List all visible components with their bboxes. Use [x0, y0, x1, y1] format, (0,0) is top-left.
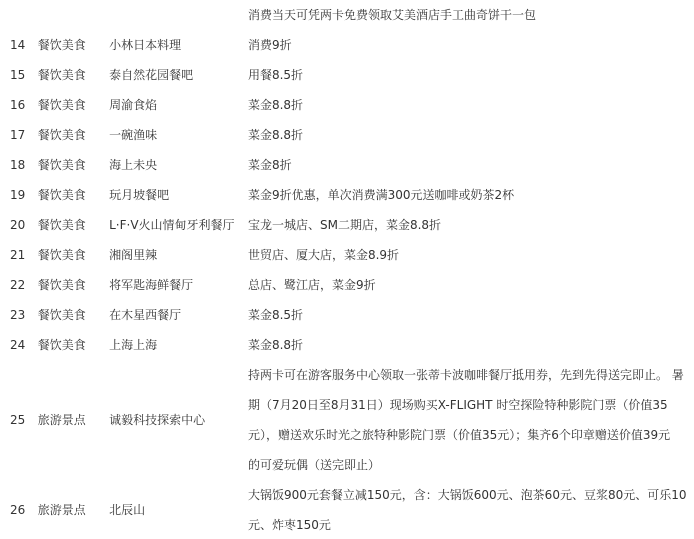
benefit-line: 大锅饭900元套餐立减150元，含：大锅饭600元、泡茶60元、豆浆80元、可乐…: [248, 480, 694, 510]
row-number: 16: [0, 90, 38, 120]
row-benefit: 菜金9折优惠，单次消费满300元送咖啡或奶茶2杯: [238, 180, 694, 210]
row-benefit: 消费当天可凭两卡免费领取艾美酒店手工曲奇饼干一包: [238, 0, 694, 30]
row-benefit: 菜金8.8折: [238, 90, 694, 120]
table-row: 26 旅游景点 北辰山 大锅饭900元套餐立减150元，含：大锅饭600元、泡茶…: [0, 480, 694, 539]
row-benefit: 持两卡可在游客服务中心领取一张蒂卡波咖啡餐厅抵用券，先到先得送完即止。 暑 期（…: [238, 360, 694, 480]
row-number: 14: [0, 30, 38, 60]
benefit-line: 宝龙一城店、SM二期店，菜金8.8折: [248, 210, 694, 240]
table-row-carryover: 消费当天可凭两卡免费领取艾美酒店手工曲奇饼干一包: [0, 0, 694, 30]
row-category: 旅游景点: [38, 405, 107, 435]
row-benefit: 大锅饭900元套餐立减150元，含：大锅饭600元、泡茶60元、豆浆80元、可乐…: [238, 480, 694, 539]
row-benefit: 菜金8.5折: [238, 300, 694, 330]
row-benefit: 宝龙一城店、SM二期店，菜金8.8折: [238, 210, 694, 240]
row-number: 17: [0, 120, 38, 150]
row-benefit: 世贸店、厦大店，菜金8.9折: [238, 240, 694, 270]
benefit-line: 菜金8.8折: [248, 90, 694, 120]
merchant-benefits-table: 消费当天可凭两卡免费领取艾美酒店手工曲奇饼干一包 14 餐饮美食 小林日本料理 …: [0, 0, 694, 539]
row-category: 餐饮美食: [38, 150, 107, 180]
table-row: 22 餐饮美食 将军匙海鲜餐厅 总店、鹭江店，菜金9折: [0, 270, 694, 300]
row-category: 餐饮美食: [38, 270, 107, 300]
row-number: 24: [0, 330, 38, 360]
table-row: 15 餐饮美食 泰自然花园餐吧 用餐8.5折: [0, 60, 694, 90]
benefit-line: 消费9折: [248, 30, 694, 60]
table-row: 23 餐饮美食 在木星西餐厅 菜金8.5折: [0, 300, 694, 330]
table-row: 21 餐饮美食 湘阁里辣 世贸店、厦大店，菜金8.9折: [0, 240, 694, 270]
row-benefit: 总店、鹭江店，菜金9折: [238, 270, 694, 300]
table-row: 19 餐饮美食 玩月坡餐吧 菜金9折优惠，单次消费满300元送咖啡或奶茶2杯: [0, 180, 694, 210]
row-name: 湘阁里辣: [107, 240, 238, 270]
row-name: 上海上海: [107, 330, 238, 360]
row-name: 玩月坡餐吧: [107, 180, 238, 210]
table-row: 14 餐饮美食 小林日本料理 消费9折: [0, 30, 694, 60]
row-name: 诚毅科技探索中心: [107, 405, 238, 435]
row-benefit: 菜金8折: [238, 150, 694, 180]
benefit-line: 菜金8.8折: [248, 330, 694, 360]
row-category: 餐饮美食: [38, 120, 107, 150]
benefit-line: 菜金9折优惠，单次消费满300元送咖啡或奶茶2杯: [248, 180, 694, 210]
table-row: 25 旅游景点 诚毅科技探索中心 持两卡可在游客服务中心领取一张蒂卡波咖啡餐厅抵…: [0, 360, 694, 480]
table-row: 20 餐饮美食 L·F·V火山情甸牙利餐厅 宝龙一城店、SM二期店，菜金8.8折: [0, 210, 694, 240]
benefit-line: 持两卡可在游客服务中心领取一张蒂卡波咖啡餐厅抵用券，先到先得送完即止。 暑: [248, 360, 694, 390]
row-number: 21: [0, 240, 38, 270]
benefit-line: 期（7月20日至8月31日）现场购买X-FLIGHT 时空探险特种影院门票（价值…: [248, 390, 694, 420]
benefit-line: 世贸店、厦大店，菜金8.9折: [248, 240, 694, 270]
row-name: 海上未央: [107, 150, 238, 180]
row-number: 26: [0, 495, 38, 525]
row-name: 将军匙海鲜餐厅: [107, 270, 238, 300]
benefit-line: 用餐8.5折: [248, 60, 694, 90]
row-category: 餐饮美食: [38, 330, 107, 360]
row-number: 15: [0, 60, 38, 90]
row-number: 22: [0, 270, 38, 300]
table-row: 16 餐饮美食 周渝食焰 菜金8.8折: [0, 90, 694, 120]
benefit-line: 元、炸枣150元: [248, 510, 694, 539]
row-name: 北辰山: [107, 495, 238, 525]
row-number: 23: [0, 300, 38, 330]
row-name: 在木星西餐厅: [107, 300, 238, 330]
row-category: 餐饮美食: [38, 300, 107, 330]
row-benefit: 用餐8.5折: [238, 60, 694, 90]
row-category: 餐饮美食: [38, 210, 107, 240]
row-benefit: 菜金8.8折: [238, 120, 694, 150]
benefit-line: 消费当天可凭两卡免费领取艾美酒店手工曲奇饼干一包: [248, 0, 694, 30]
row-number: 18: [0, 150, 38, 180]
row-category: 餐饮美食: [38, 60, 107, 90]
row-category: 餐饮美食: [38, 180, 107, 210]
table-row: 24 餐饮美食 上海上海 菜金8.8折: [0, 330, 694, 360]
benefit-line: 元），赠送欢乐时光之旅特种影院门票（价值35元）；集齐6个印章赠送价值39元: [248, 420, 694, 450]
row-category: 餐饮美食: [38, 30, 107, 60]
table-row: 17 餐饮美食 一碗渔味 菜金8.8折: [0, 120, 694, 150]
table-row: 18 餐饮美食 海上未央 菜金8折: [0, 150, 694, 180]
row-category: 餐饮美食: [38, 90, 107, 120]
row-number: 20: [0, 210, 38, 240]
row-category: 餐饮美食: [38, 240, 107, 270]
row-name: 一碗渔味: [107, 120, 238, 150]
benefit-line: 的可爱玩偶（送完即止）: [248, 450, 694, 480]
benefit-line: 菜金8折: [248, 150, 694, 180]
row-category: 旅游景点: [38, 495, 107, 525]
row-number: 25: [0, 405, 38, 435]
row-benefit: 菜金8.8折: [238, 330, 694, 360]
benefit-line: 菜金8.8折: [248, 120, 694, 150]
row-name: 小林日本料理: [107, 30, 238, 60]
row-number: 19: [0, 180, 38, 210]
row-name: 泰自然花园餐吧: [107, 60, 238, 90]
row-benefit: 消费9折: [238, 30, 694, 60]
row-name: L·F·V火山情甸牙利餐厅: [107, 210, 238, 240]
benefit-line: 总店、鹭江店，菜金9折: [248, 270, 694, 300]
row-name: 周渝食焰: [107, 90, 238, 120]
benefit-line: 菜金8.5折: [248, 300, 694, 330]
